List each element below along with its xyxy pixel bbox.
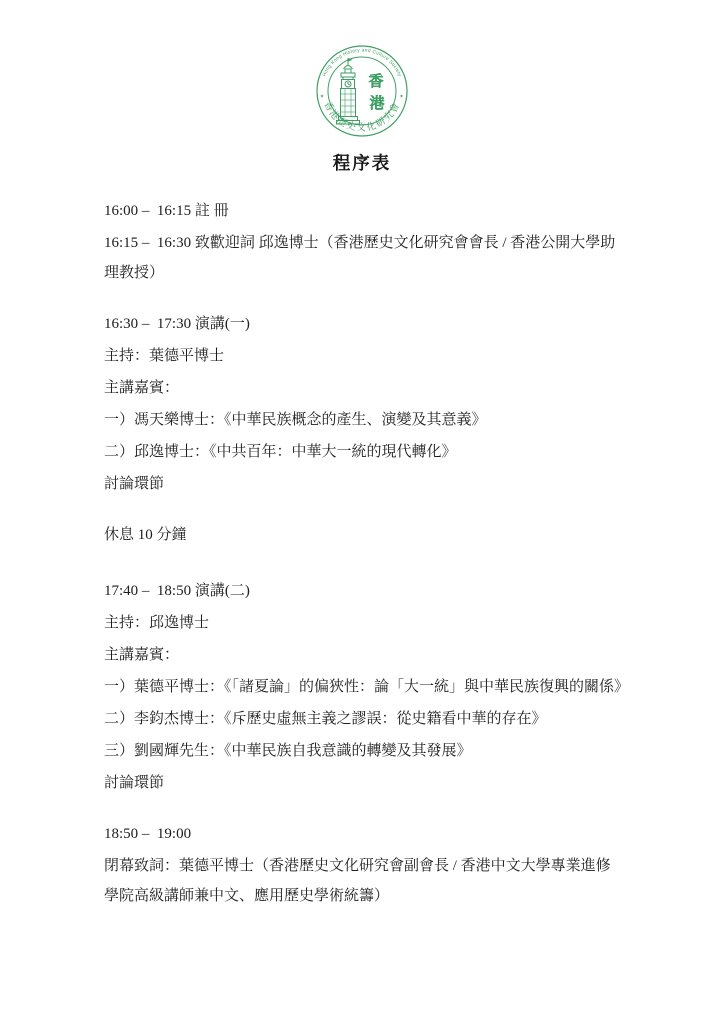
emblem-seal-char-top: 香 <box>369 72 384 90</box>
programme-schedule: 16:00 – 16:15 註 冊 16:15 – 16:30 致歡迎詞 邱逸博… <box>104 196 624 913</box>
schedule-line: 主講嘉賓： <box>104 640 624 670</box>
page-title: 程序表 <box>0 150 724 175</box>
schedule-line: 二）李鈞杰博士：《斥歷史虛無主義之謬誤：從史籍看中華的存在》 <box>104 704 624 734</box>
clock-tower-icon <box>337 58 360 124</box>
schedule-line: 休息 10 分鐘 <box>104 520 624 550</box>
schedule-line: 16:30 – 17:30 演講(一) <box>104 309 624 339</box>
schedule-line: 18:50 – 19:00 <box>104 819 624 849</box>
schedule-line: 16:00 – 16:15 註 冊 <box>104 196 624 226</box>
schedule-line: 主持：邱逸博士 <box>104 608 624 638</box>
schedule-line: 一）馮天樂博士：《中華民族概念的產生、演變及其意義》 <box>104 405 624 435</box>
schedule-line: 討論環節 <box>104 469 624 499</box>
schedule-line: 閉幕致詞：葉德平博士（香港歷史文化研究會副會長 / 香港中文大學專業進修學院高級… <box>104 851 624 911</box>
schedule-line: 16:15 – 16:30 致歡迎詞 邱逸博士（香港歷史文化研究會會長 / 香港… <box>104 228 624 288</box>
schedule-line: 一）葉德平博士：《「諸夏論」的偏狹性：論「大一統」與中華民族復興的關係》 <box>104 672 624 702</box>
emblem-arc-text-chinese: 香港歷史文化研究會 <box>321 100 402 134</box>
schedule-line: 二）邱逸博士：《中共百年：中華大一統的現代轉化》 <box>104 437 624 467</box>
schedule-line: 三）劉國輝先生：《中華民族自我意識的轉變及其發展》 <box>104 736 624 766</box>
emblem-outer-ring <box>317 46 407 136</box>
schedule-line: 討論環節 <box>104 768 624 798</box>
society-emblem: Hong Kong History and Culture Society 香港… <box>309 44 415 138</box>
schedule-line: 主持：葉德平博士 <box>104 341 624 371</box>
schedule-line: 17:40 – 18:50 演講(二) <box>104 576 624 606</box>
schedule-line: 主講嘉賓： <box>104 373 624 403</box>
star-icon: ★ <box>320 94 325 99</box>
emblem-seal-char-bottom: 港 <box>370 95 385 112</box>
document-page: Hong Kong History and Culture Society 香港… <box>0 0 724 1023</box>
star-icon: ★ <box>400 94 405 99</box>
logo-container: Hong Kong History and Culture Society 香港… <box>0 44 724 138</box>
